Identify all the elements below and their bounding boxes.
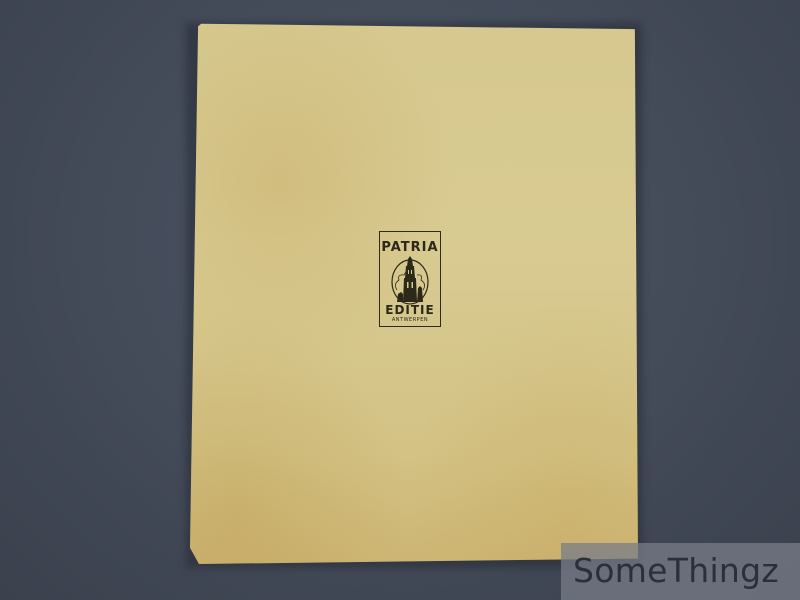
- publisher-logo: PATRIA EDITIE ANTWERPEN: [379, 231, 441, 327]
- logo-subtitle: EDITIE: [380, 303, 440, 317]
- logo-title: PATRIA: [380, 240, 440, 255]
- watermark-text: SomeThingz: [573, 551, 779, 590]
- logo-city: ANTWERPEN: [380, 317, 440, 323]
- cathedral-tower-icon: [389, 256, 431, 306]
- watermark-badge: SomeThingz: [561, 543, 800, 600]
